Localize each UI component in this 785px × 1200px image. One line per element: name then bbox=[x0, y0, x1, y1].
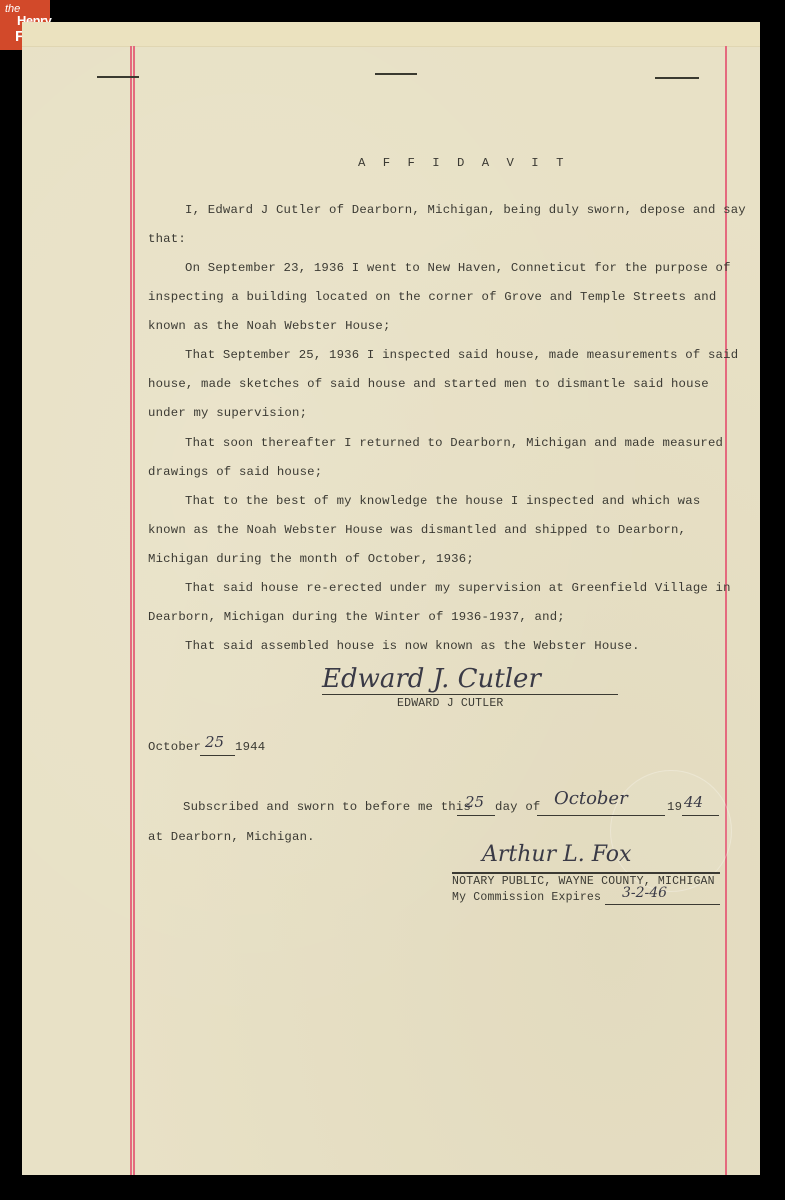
body-line: Michigan during the month of October, 19… bbox=[148, 552, 474, 566]
jurat-day-of: day of bbox=[495, 800, 540, 814]
notary-signature-line bbox=[452, 872, 720, 874]
body-line: drawings of said house; bbox=[148, 465, 322, 479]
body-line: That said assembled house is now known a… bbox=[185, 639, 640, 653]
body-line: That said house re-erected under my supe… bbox=[185, 581, 731, 595]
fold-mark-left bbox=[97, 76, 139, 78]
body-line: house, made sketches of said house and s… bbox=[148, 377, 709, 391]
jurat-year-line bbox=[682, 815, 719, 816]
affiant-signature: Edward J. Cutler bbox=[322, 664, 541, 694]
body-line: That to the best of my knowledge the hou… bbox=[185, 494, 700, 508]
date-day-line bbox=[200, 755, 235, 756]
body-line: under my supervision; bbox=[148, 406, 307, 420]
date-prefix: October bbox=[148, 740, 201, 754]
left-margin-rule bbox=[130, 46, 135, 1175]
jurat-month-handwritten: October bbox=[554, 788, 628, 809]
jurat-year-handwritten: 44 bbox=[684, 793, 703, 811]
affiant-name: EDWARD J CUTLER bbox=[397, 697, 504, 710]
document-title: A F F I D A V I T bbox=[358, 156, 568, 170]
notary-title: NOTARY PUBLIC, WAYNE COUNTY, MICHIGAN bbox=[452, 875, 715, 888]
fold-mark-center bbox=[375, 73, 417, 75]
affidavit-page: A F F I D A V I T I, Edward J Cutler of … bbox=[22, 22, 760, 1175]
body-line: that: bbox=[148, 232, 186, 246]
fold-mark-right bbox=[655, 77, 699, 79]
body-line: On September 23, 1936 I went to New Have… bbox=[185, 261, 731, 275]
body-line: I, Edward J Cutler of Dearborn, Michigan… bbox=[185, 203, 746, 217]
body-line: known as the Noah Webster House; bbox=[148, 319, 391, 333]
body-line: That September 25, 1936 I inspected said… bbox=[185, 348, 738, 362]
jurat-day-handwritten: 25 bbox=[465, 793, 484, 811]
date-year: 1944 bbox=[235, 740, 265, 754]
commission-date-line bbox=[605, 904, 720, 905]
commission-label: My Commission Expires bbox=[452, 891, 601, 904]
jurat-day-line bbox=[457, 815, 495, 816]
jurat-text: Subscribed and sworn to before me this bbox=[183, 800, 471, 814]
notary-signature: Arthur L. Fox bbox=[482, 842, 631, 867]
body-line: known as the Noah Webster House was dism… bbox=[148, 523, 686, 537]
body-line: That soon thereafter I returned to Dearb… bbox=[185, 436, 723, 450]
affiant-signature-line bbox=[322, 694, 618, 695]
jurat-location: at Dearborn, Michigan. bbox=[148, 830, 315, 844]
jurat-year-prefix: 19 bbox=[667, 800, 682, 814]
paper-top-band bbox=[22, 22, 760, 47]
body-line: inspecting a building located on the cor… bbox=[148, 290, 716, 304]
date-day-handwritten: 25 bbox=[205, 733, 224, 751]
jurat-month-line bbox=[537, 815, 665, 816]
body-line: Dearborn, Michigan during the Winter of … bbox=[148, 610, 565, 624]
commission-date-handwritten: 3-2-46 bbox=[622, 885, 667, 901]
